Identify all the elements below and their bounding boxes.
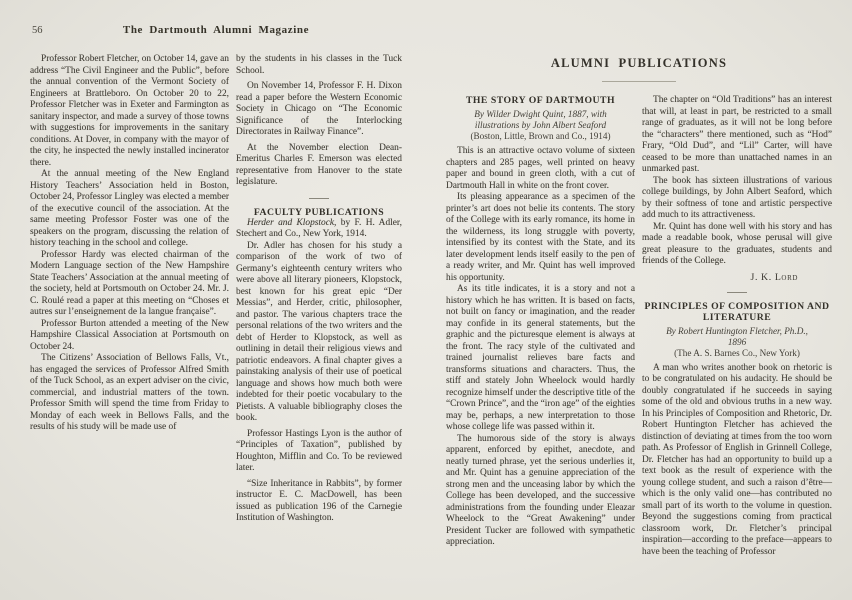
article-byline-year: 1896 bbox=[642, 337, 832, 348]
paragraph: The chapter on “Old Traditions” has an i… bbox=[642, 95, 832, 176]
paragraph: A man who writes another book on rhetori… bbox=[642, 363, 832, 559]
right-page: ALUMNI PUBLICATIONS THE STORY OF DARTMOU… bbox=[446, 56, 832, 558]
paragraph: On November 14, Professor F. H. Dixon re… bbox=[236, 81, 402, 139]
article-byline: By Robert Huntington Fletcher, Ph.D., bbox=[642, 326, 832, 337]
running-head: 56 The Dartmouth Alumni Magazine bbox=[30, 24, 402, 39]
paragraph-continuation: by the students in his classes in the Tu… bbox=[236, 54, 402, 77]
alumni-publications-heading: ALUMNI PUBLICATIONS bbox=[446, 56, 832, 71]
right-page-column-1: THE STORY OF DARTMOUTH By Wilder Dwight … bbox=[446, 95, 635, 558]
book-title-italic: Herder and Klopstock bbox=[247, 218, 334, 228]
paragraph: As its title indicates, it is a story an… bbox=[446, 284, 635, 434]
paragraph: The Citizens’ Association of Bellows Fal… bbox=[30, 353, 229, 434]
article-byline-continued: illustrations by John Albert Seaford bbox=[446, 120, 635, 131]
paragraph: Professor Burton attended a meeting of t… bbox=[30, 319, 229, 354]
paragraph: Professor Hardy was elected chairman of … bbox=[30, 250, 229, 319]
paragraph: The humorous side of the story is always… bbox=[446, 434, 635, 549]
paragraph: This is an attractive octavo volume of s… bbox=[446, 146, 635, 192]
heading-rule bbox=[602, 81, 676, 82]
paragraph: At the November election Dean-Emeritus C… bbox=[236, 143, 402, 189]
left-page-column-1: Professor Robert Fletcher, on October 14… bbox=[30, 54, 229, 525]
faculty-publications-heading: FACULTY PUBLICATIONS bbox=[236, 207, 402, 218]
review-signature: J. K. Lord bbox=[642, 272, 832, 283]
paragraph: Herder and Klopstock, by F. H. Adler, St… bbox=[236, 218, 402, 241]
paragraph: The book has sixteen illustrations of va… bbox=[642, 176, 832, 222]
article-title-principles-of-composition: PRINCIPLES OF COMPOSITION AND LITERATURE bbox=[642, 301, 832, 323]
left-page-column-2: by the students in his classes in the Tu… bbox=[236, 54, 402, 525]
paragraph: Professor Robert Fletcher, on October 14… bbox=[30, 54, 229, 169]
right-page-column-2: The chapter on “Old Traditions” has an i… bbox=[642, 95, 832, 558]
section-divider bbox=[309, 198, 329, 199]
article-byline: By Wilder Dwight Quint, 1887, with bbox=[446, 109, 635, 120]
left-page: 56 The Dartmouth Alumni Magazine Profess… bbox=[30, 24, 402, 525]
magazine-title: The Dartmouth Alumni Magazine bbox=[30, 24, 402, 36]
paragraph: Dr. Adler has chosen for his study a com… bbox=[236, 241, 402, 425]
left-page-columns: Professor Robert Fletcher, on October 14… bbox=[30, 54, 402, 525]
paragraph: Mr. Quint has done well with his story a… bbox=[642, 222, 832, 268]
article-title-story-of-dartmouth: THE STORY OF DARTMOUTH bbox=[446, 95, 635, 106]
paragraph: At the annual meeting of the New England… bbox=[30, 169, 229, 250]
right-page-columns: THE STORY OF DARTMOUTH By Wilder Dwight … bbox=[446, 95, 832, 558]
publisher-line: (Boston, Little, Brown and Co., 1914) bbox=[446, 131, 635, 142]
paragraph: Professor Hastings Lyon is the author of… bbox=[236, 429, 402, 475]
magazine-spread: 56 The Dartmouth Alumni Magazine Profess… bbox=[0, 0, 852, 600]
paragraph: Its pleasing appearance as a specimen of… bbox=[446, 192, 635, 284]
publisher-line: (The A. S. Barnes Co., New York) bbox=[642, 348, 832, 359]
section-divider bbox=[727, 292, 747, 293]
paragraph: “Size Inheritance in Rabbits”, by former… bbox=[236, 479, 402, 525]
page-number: 56 bbox=[32, 25, 43, 36]
